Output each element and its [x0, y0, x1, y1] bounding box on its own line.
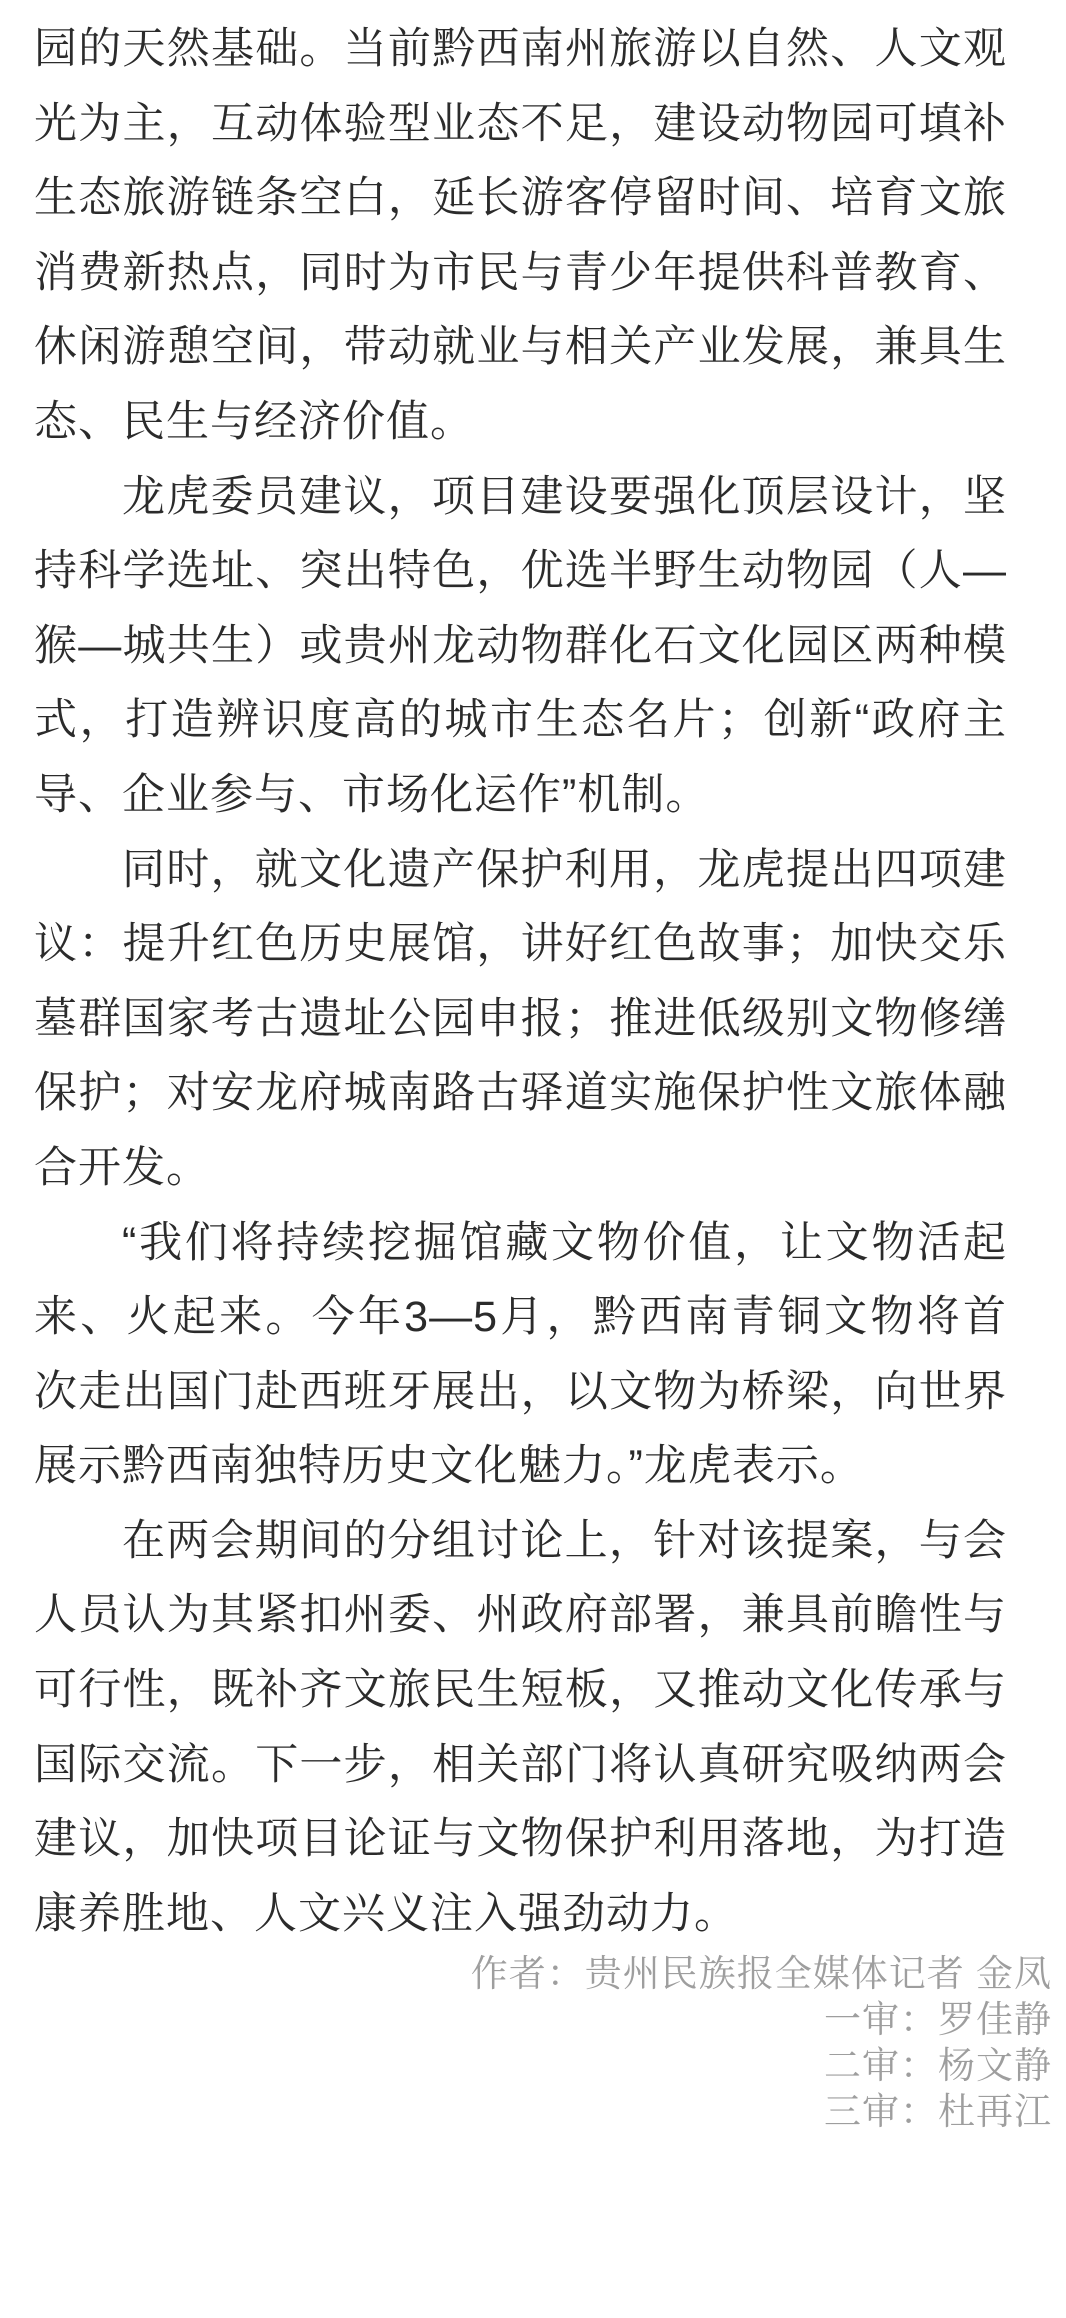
article-paragraph: 园的天然基础。当前黔西南州旅游以自然、人文观光为主，互动体验型业态不足，建设动物… — [34, 12, 1007, 460]
credit-line: 三审：杜再江 — [34, 2089, 1052, 2135]
article-paragraph: 同时，就文化遗产保护利用，龙虎提出四项建议：提升红色历史展馆，讲好红色故事；加快… — [34, 833, 1007, 1206]
credit-line: 二审：杨文静 — [34, 2043, 1052, 2089]
credit-line: 一审：罗佳静 — [34, 1997, 1052, 2043]
article-paragraph: 龙虎委员建议，项目建设要强化顶层设计，坚持科学选址、突出特色，优选半野生动物园（… — [34, 460, 1007, 833]
article-page: 园的天然基础。当前黔西南州旅游以自然、人文观光为主，互动体验型业态不足，建设动物… — [0, 0, 1066, 2318]
credit-line: 作者：贵州民族报全媒体记者 金凤 — [34, 1951, 1052, 1997]
article-paragraph: 在两会期间的分组讨论上，针对该提案，与会人员认为其紧扣州委、州政府部署，兼具前瞻… — [34, 1504, 1007, 1952]
article-paragraph: “我们将持续挖掘馆藏文物价值，让文物活起来、火起来。今年3—5月，黔西南青铜文物… — [34, 1206, 1007, 1504]
article-body: 园的天然基础。当前黔西南州旅游以自然、人文观光为主，互动体验型业态不足，建设动物… — [0, 0, 1066, 1951]
article-credits: 作者：贵州民族报全媒体记者 金凤一审：罗佳静二审：杨文静三审：杜再江 — [0, 1951, 1066, 2135]
